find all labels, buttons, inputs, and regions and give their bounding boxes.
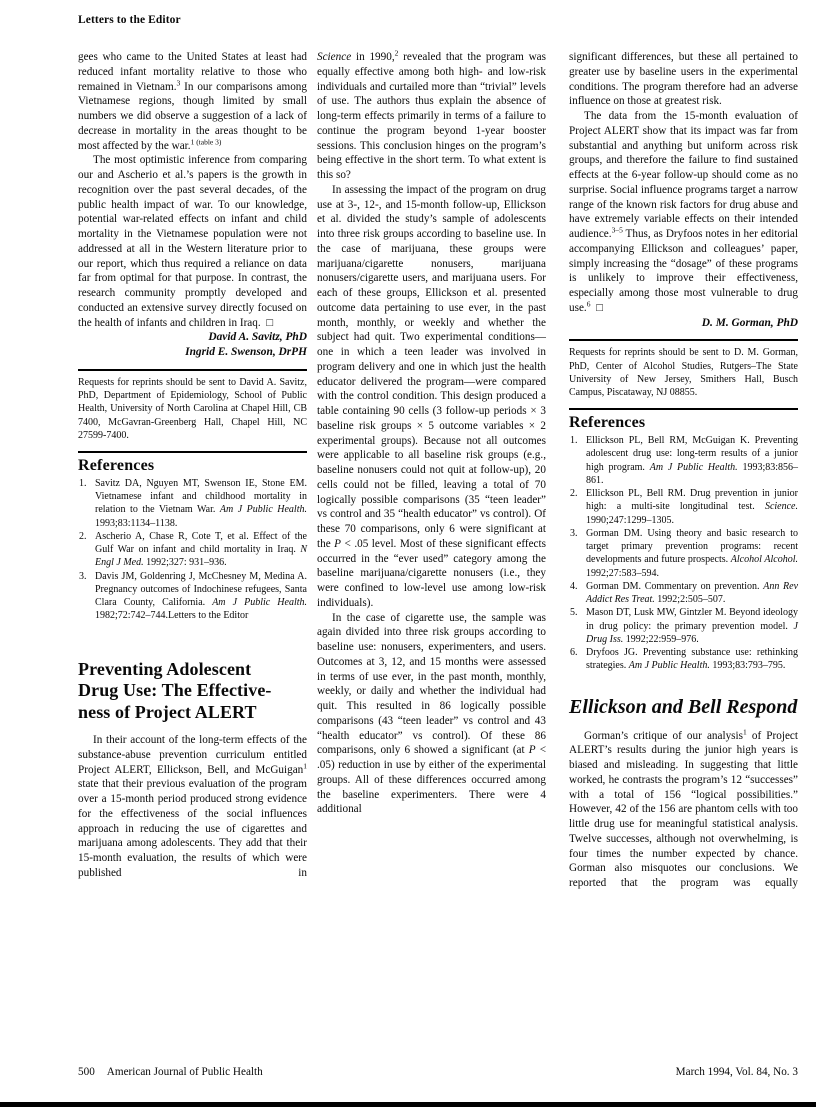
ref-number: 4.: [570, 580, 578, 593]
footer-left: 500American Journal of Public Health: [78, 1066, 263, 1078]
reference-item: 1.Savitz DA, Nguyen MT, Swenson IE, Ston…: [78, 477, 307, 530]
journal-page: Letters to the Editor gees who came to t…: [0, 0, 816, 1111]
ref-number: 3.: [79, 570, 87, 583]
body-paragraph: The data from the 15-month evaluation of…: [569, 109, 798, 316]
reprint-note: Requests for reprints should be sent to …: [569, 346, 798, 399]
ref-number: 2.: [570, 487, 578, 500]
reference-item: 5.Mason DT, Lusk MW, Gintzler M. Beyond …: [569, 606, 798, 646]
reference-list: 1.Savitz DA, Nguyen MT, Swenson IE, Ston…: [78, 477, 307, 623]
ref-text: Ellickson PL, Bell RM. Drug prevention i…: [586, 488, 798, 526]
ref-text: Gorman DM. Commentary on prevention. Ann…: [586, 581, 798, 605]
divider-rule: [78, 451, 307, 453]
letter-continuation-paragraph: significant differences, but these all p…: [569, 50, 798, 109]
ref-number: 1.: [570, 434, 578, 447]
ref-number: 1.: [79, 477, 87, 490]
letter-continuation-paragraph: Science in 1990,2 revealed that the prog…: [317, 50, 546, 183]
reference-item: 1.Ellickson PL, Bell RM, McGuigan K. Pre…: [569, 434, 798, 487]
footer-issue-info: March 1994, Vol. 84, No. 3: [676, 1066, 798, 1078]
reference-item: 6.Dryfoos JG. Preventing substance use: …: [569, 646, 798, 673]
ref-number: 6.: [570, 646, 578, 659]
ref-text: Mason DT, Lusk MW, Gintzler M. Beyond id…: [586, 607, 798, 645]
ref-number: 5.: [570, 606, 578, 619]
column-2: Science in 1990,2 revealed that the prog…: [317, 50, 546, 817]
letter-title: Preventing AdolescentDrug Use: The Effec…: [78, 659, 307, 724]
reference-item: 3.Gorman DM. Using theory and basic rese…: [569, 527, 798, 580]
letter-continuation-paragraph: gees who came to the United States at le…: [78, 50, 307, 153]
footer-journal-title: American Journal of Public Health: [107, 1066, 263, 1078]
body-paragraph: In their account of the long-term effect…: [78, 733, 307, 881]
column-1: gees who came to the United States at le…: [78, 50, 307, 881]
body-paragraph: The most optimistic inference from compa…: [78, 153, 307, 330]
reference-list: 1.Ellickson PL, Bell RM, McGuigan K. Pre…: [569, 434, 798, 673]
letter-title: Ellickson and Bell Respond: [569, 695, 798, 719]
divider-rule: [569, 408, 798, 410]
body-paragraph: Gorman’s critique of our analysis1 of Pr…: [569, 729, 798, 891]
ref-number: 3.: [570, 527, 578, 540]
body-paragraph: In assessing the impact of the program o…: [317, 183, 546, 611]
column-3: significant differences, but these all p…: [569, 50, 798, 891]
reference-item: 2.Ellickson PL, Bell RM. Drug prevention…: [569, 487, 798, 527]
divider-rule: [569, 339, 798, 341]
page-footer: 500American Journal of Public Health Mar…: [78, 1066, 798, 1078]
body-paragraph: In the case of cigarette use, the sample…: [317, 611, 546, 818]
divider-rule: [78, 369, 307, 371]
running-head: Letters to the Editor: [78, 14, 181, 26]
reference-item: 4.Gorman DM. Commentary on prevention. A…: [569, 580, 798, 607]
ref-text: Davis JM, Goldenring J, McChesney M, Med…: [95, 571, 307, 622]
ref-text: Savitz DA, Nguyen MT, Swenson IE, Stone …: [95, 478, 307, 529]
ref-text: Dryfoos JG. Preventing substance use: re…: [586, 647, 798, 671]
signature: D. M. Gorman, PhD: [569, 316, 798, 331]
bottom-rule: [0, 1102, 816, 1107]
ref-text: Ellickson PL, Bell RM, McGuigan K. Preve…: [586, 435, 798, 486]
reference-item: 2.Ascherio A, Chase R, Cote T, et al. Ef…: [78, 530, 307, 570]
reprint-note: Requests for reprints should be sent to …: [78, 376, 307, 442]
ref-number: 2.: [79, 530, 87, 543]
ref-text: Ascherio A, Chase R, Cote T, et al. Effe…: [95, 531, 307, 569]
references-heading: References: [569, 416, 798, 431]
ref-text: Gorman DM. Using theory and basic resear…: [586, 528, 798, 579]
references-heading: References: [78, 459, 307, 474]
signature: Ingrid E. Swenson, DrPH: [78, 345, 307, 360]
reference-item: 3.Davis JM, Goldenring J, McChesney M, M…: [78, 570, 307, 623]
signature: David A. Savitz, PhD: [78, 330, 307, 345]
footer-page-number: 500: [78, 1066, 95, 1078]
